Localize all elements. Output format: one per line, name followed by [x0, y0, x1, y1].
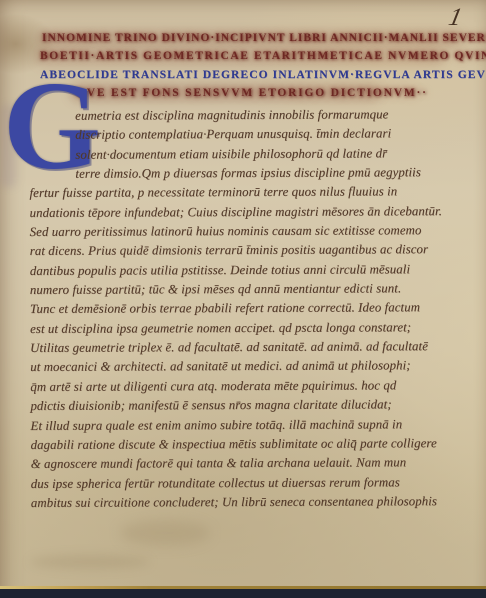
- gilt-edge-line: [0, 586, 486, 589]
- text-line: ut moecanici & architecti. ad sanitatē …: [30, 357, 464, 378]
- text-line: Sed uarro peritissimus latinorū huius n…: [30, 221, 464, 242]
- text-line: & agnoscere mundi factorē qui tanta & t…: [31, 453, 465, 474]
- text-line: fertur fuisse partita, p necessitate ter…: [29, 182, 463, 203]
- text-line: solent·documentum etiam uisibile philoso…: [29, 144, 463, 165]
- text-line: q̄m artē si arte ut diligenti cura atq.…: [30, 376, 464, 397]
- text-line: discriptio contemplatiua·Perquam unusqui…: [29, 124, 463, 145]
- text-block: eumetria est disciplina magnitudinis inn…: [29, 105, 465, 513]
- parchment-stain: [120, 520, 210, 546]
- text-line: Tunc et demēsionē orbis terrae pbabili…: [30, 298, 464, 319]
- text-line: ambitus sui circuitione concluderet; Un …: [31, 492, 465, 513]
- text-line: numero fuisse partitū; tūc & ipsi mēs…: [30, 279, 464, 300]
- text-line: undationis tēpore infundebat; Cuius dis…: [30, 202, 464, 223]
- text-line: pdictis diuisionib; manifestū ē sensus…: [30, 395, 464, 416]
- rubric-title-line-2: BOETII·ARTIS GEOMETRICAE ETARITHMETICAE …: [40, 50, 486, 62]
- text-line: dantibus populis pacis utilia pstitisse.…: [30, 260, 464, 281]
- parchment-stain: [30, 555, 150, 569]
- header-blue-line: ABEOCLIDE TRANSLATI DEGRECO INLATINVM·RE…: [40, 69, 486, 81]
- manuscript-page: 1 INNOMINE TRINO DIVINO·INCIPIVNT LIBRI …: [0, 0, 486, 598]
- text-line: Utilitas geumetrie triplex ē. ad facult…: [30, 337, 464, 358]
- text-line: Et illud supra quale est enim animo subi…: [30, 415, 464, 436]
- text-line: eumetria est disciplina magnitudinis inn…: [29, 105, 463, 126]
- text-line: est ut disciplina ipsa geumetrie nomen a…: [30, 318, 464, 339]
- text-line: dagabili ratione discute & inspectiua me…: [31, 434, 465, 455]
- rubric-title-line-3: QVE EST FONS SENSVVM ETORIGO DICTIONVM··: [76, 87, 428, 99]
- text-line: dus ipse spherica fertūr rotunditate co…: [31, 473, 465, 494]
- folio-number: 1: [446, 4, 464, 32]
- book-edge: [0, 586, 486, 598]
- text-line: terre dimsio.Qm p diuersas formas ipsius…: [29, 163, 463, 184]
- rubric-title-line-1: INNOMINE TRINO DIVINO·INCIPIVNT LIBRI AN…: [42, 32, 486, 44]
- text-line: rat dicens. Prius quidē dimsionis terra…: [30, 240, 464, 261]
